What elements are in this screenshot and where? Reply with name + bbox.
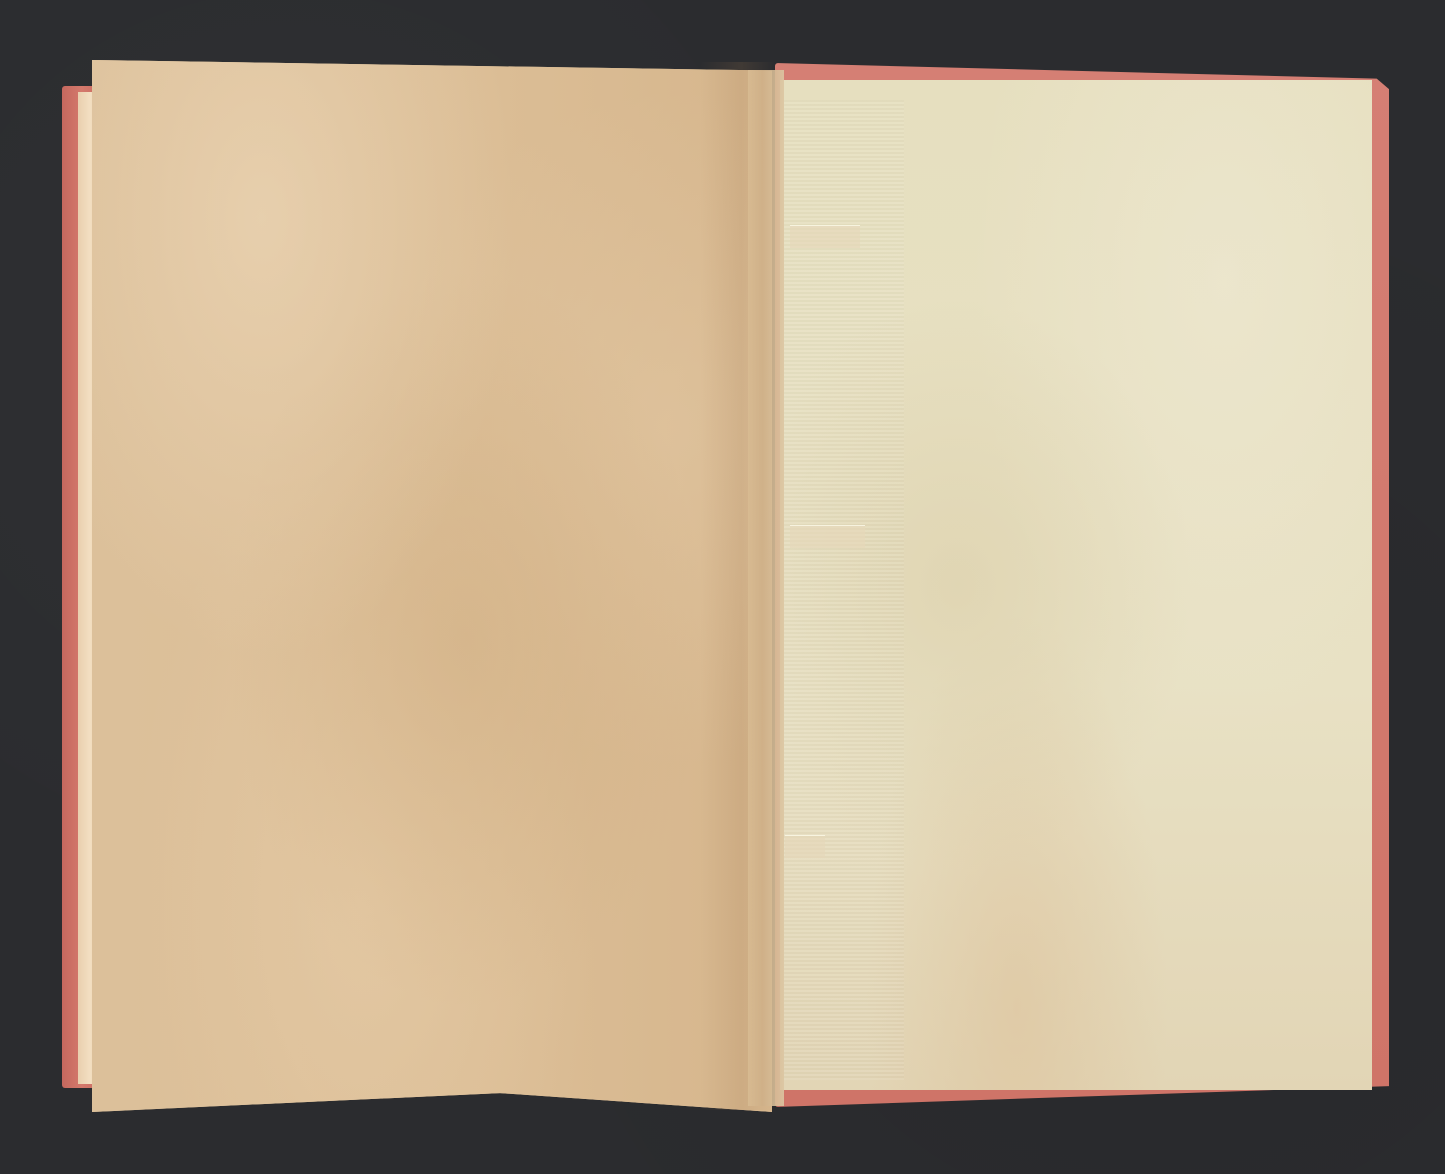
book-hinge — [748, 70, 784, 1106]
left-flyleaf — [92, 60, 772, 1112]
photo-scene — [0, 0, 1445, 1174]
hinge-tape — [790, 225, 860, 248]
hinge-tape — [790, 525, 865, 548]
hinge-tape — [785, 835, 825, 858]
